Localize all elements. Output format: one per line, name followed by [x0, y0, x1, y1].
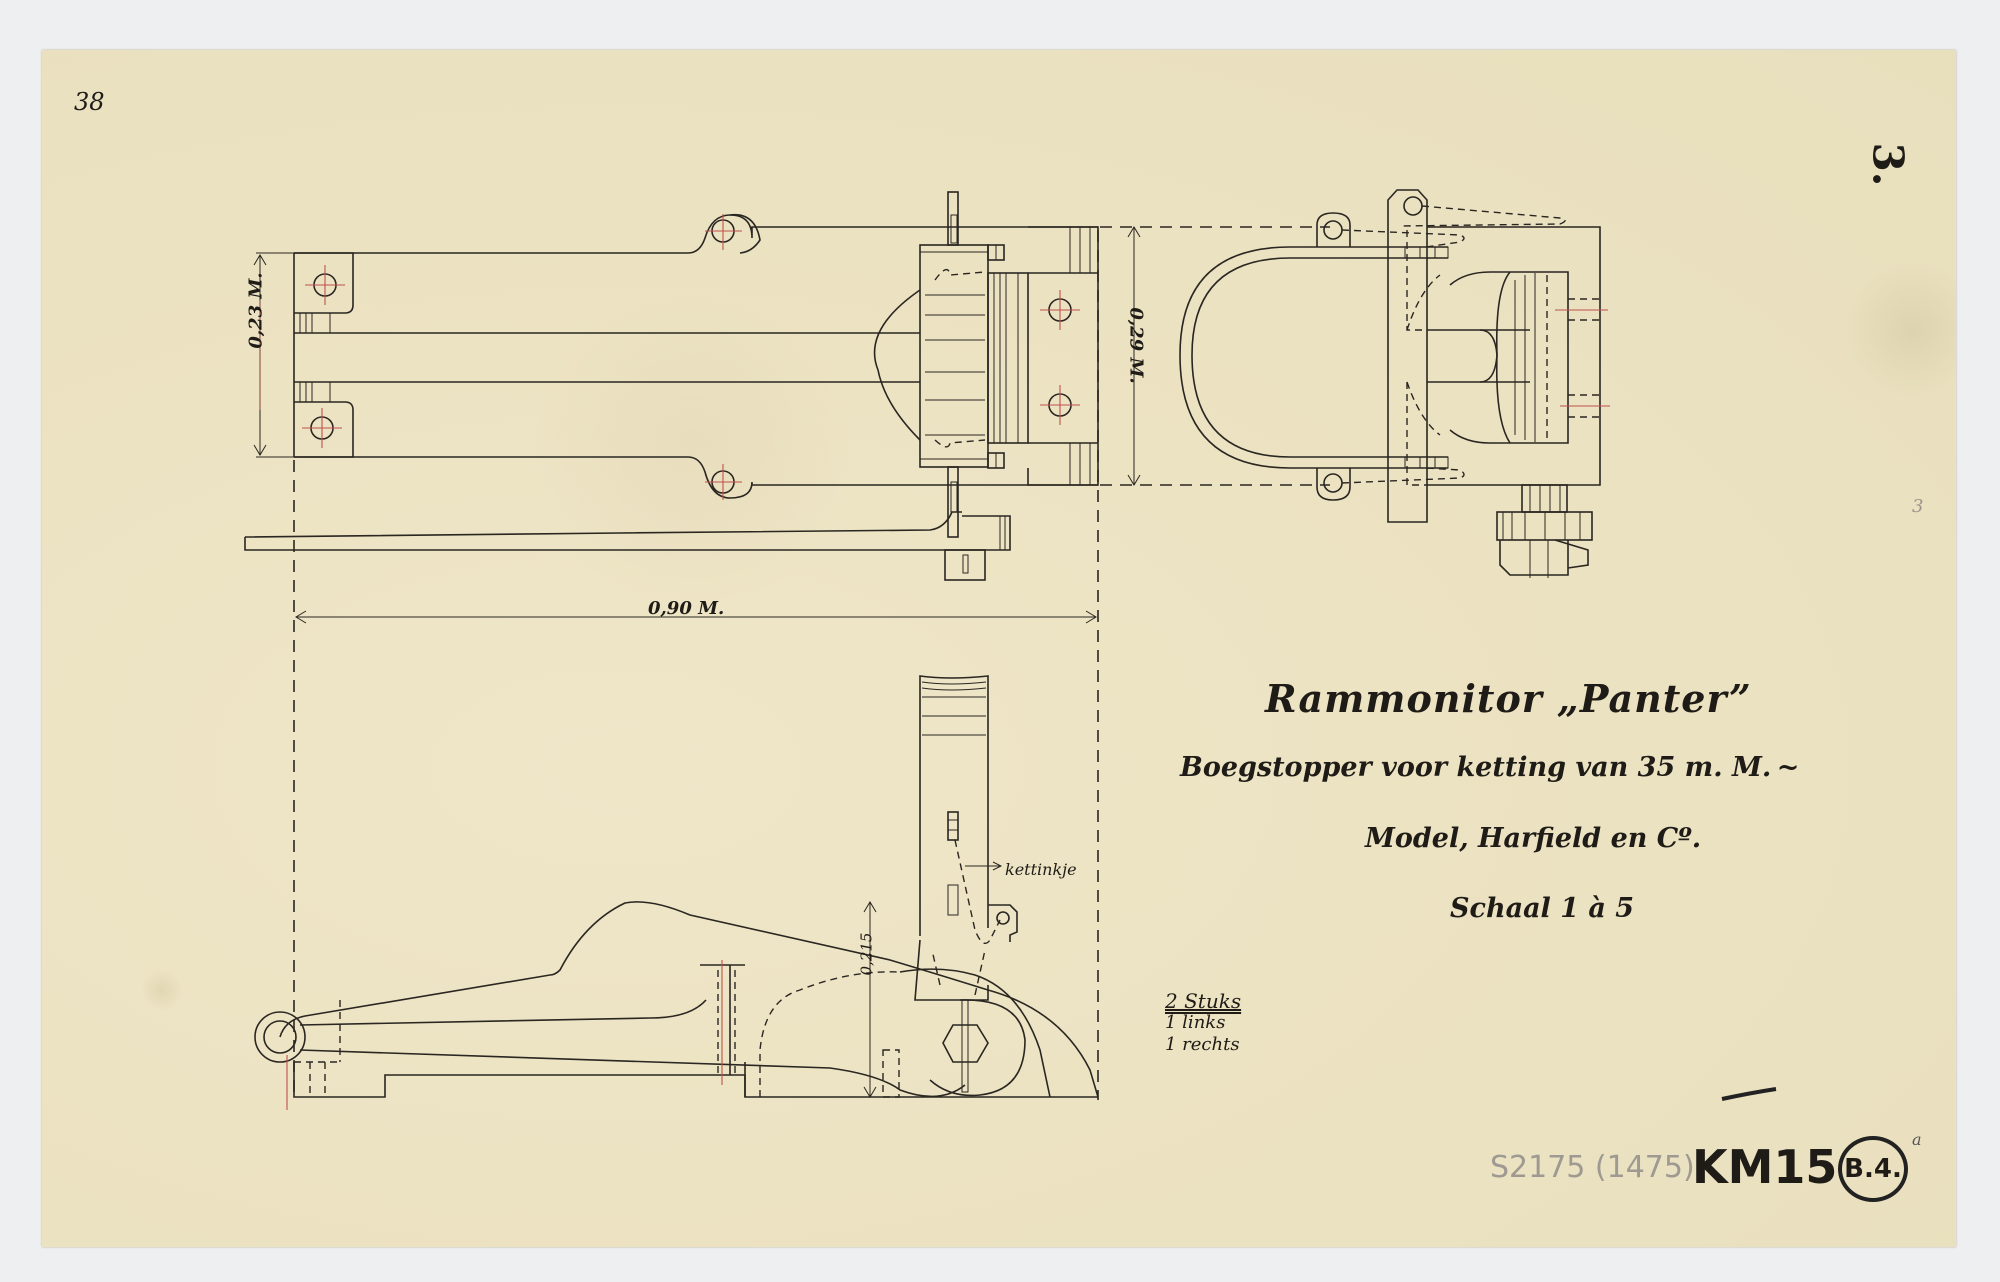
drawing-title: Rammonitor „Panter”	[1265, 676, 1752, 721]
elevation-view	[255, 676, 1098, 1110]
archive-ink-code: KM15	[1692, 1140, 1837, 1194]
archive-superscript: a	[1912, 1130, 1922, 1149]
callout-chain: kettinkje	[1005, 860, 1077, 879]
projection-lines	[294, 227, 1330, 1100]
dimension-end-width: 0,29 M.	[1126, 307, 1147, 383]
archive-pencil-code: S2175 (1475)	[1490, 1150, 1695, 1185]
sheet-number: 3.	[1863, 143, 1912, 187]
drawing-scale: Schaal 1 à 5	[1450, 893, 1634, 924]
ink-dash-mark	[1720, 1085, 1780, 1105]
pieces-left: 1 links	[1165, 1012, 1241, 1034]
model-reference: Model, Harfield en Cº.	[1365, 823, 1701, 854]
pieces-heading: 2 Stuks	[1165, 990, 1241, 1012]
plan-view	[245, 192, 1098, 580]
end-view	[1180, 190, 1610, 578]
dimension-plan-width: 0,23 M.	[246, 272, 267, 348]
pencil-annotation: 3	[1912, 496, 1923, 517]
dimension-elevation-height: 0,215	[857, 933, 875, 976]
technical-drawing	[0, 0, 2000, 1282]
page-number: 38	[74, 88, 105, 116]
dimension-overall-length: 0,90 M.	[648, 598, 724, 619]
drawing-subtitle: Boegstopper voor ketting van 35 m. M. ~	[1180, 752, 1799, 783]
pieces-note: 2 Stuks 1 links 1 rechts	[1165, 990, 1241, 1056]
archive-circled-code: B.4.	[1838, 1136, 1908, 1202]
pieces-right: 1 rechts	[1165, 1034, 1241, 1056]
